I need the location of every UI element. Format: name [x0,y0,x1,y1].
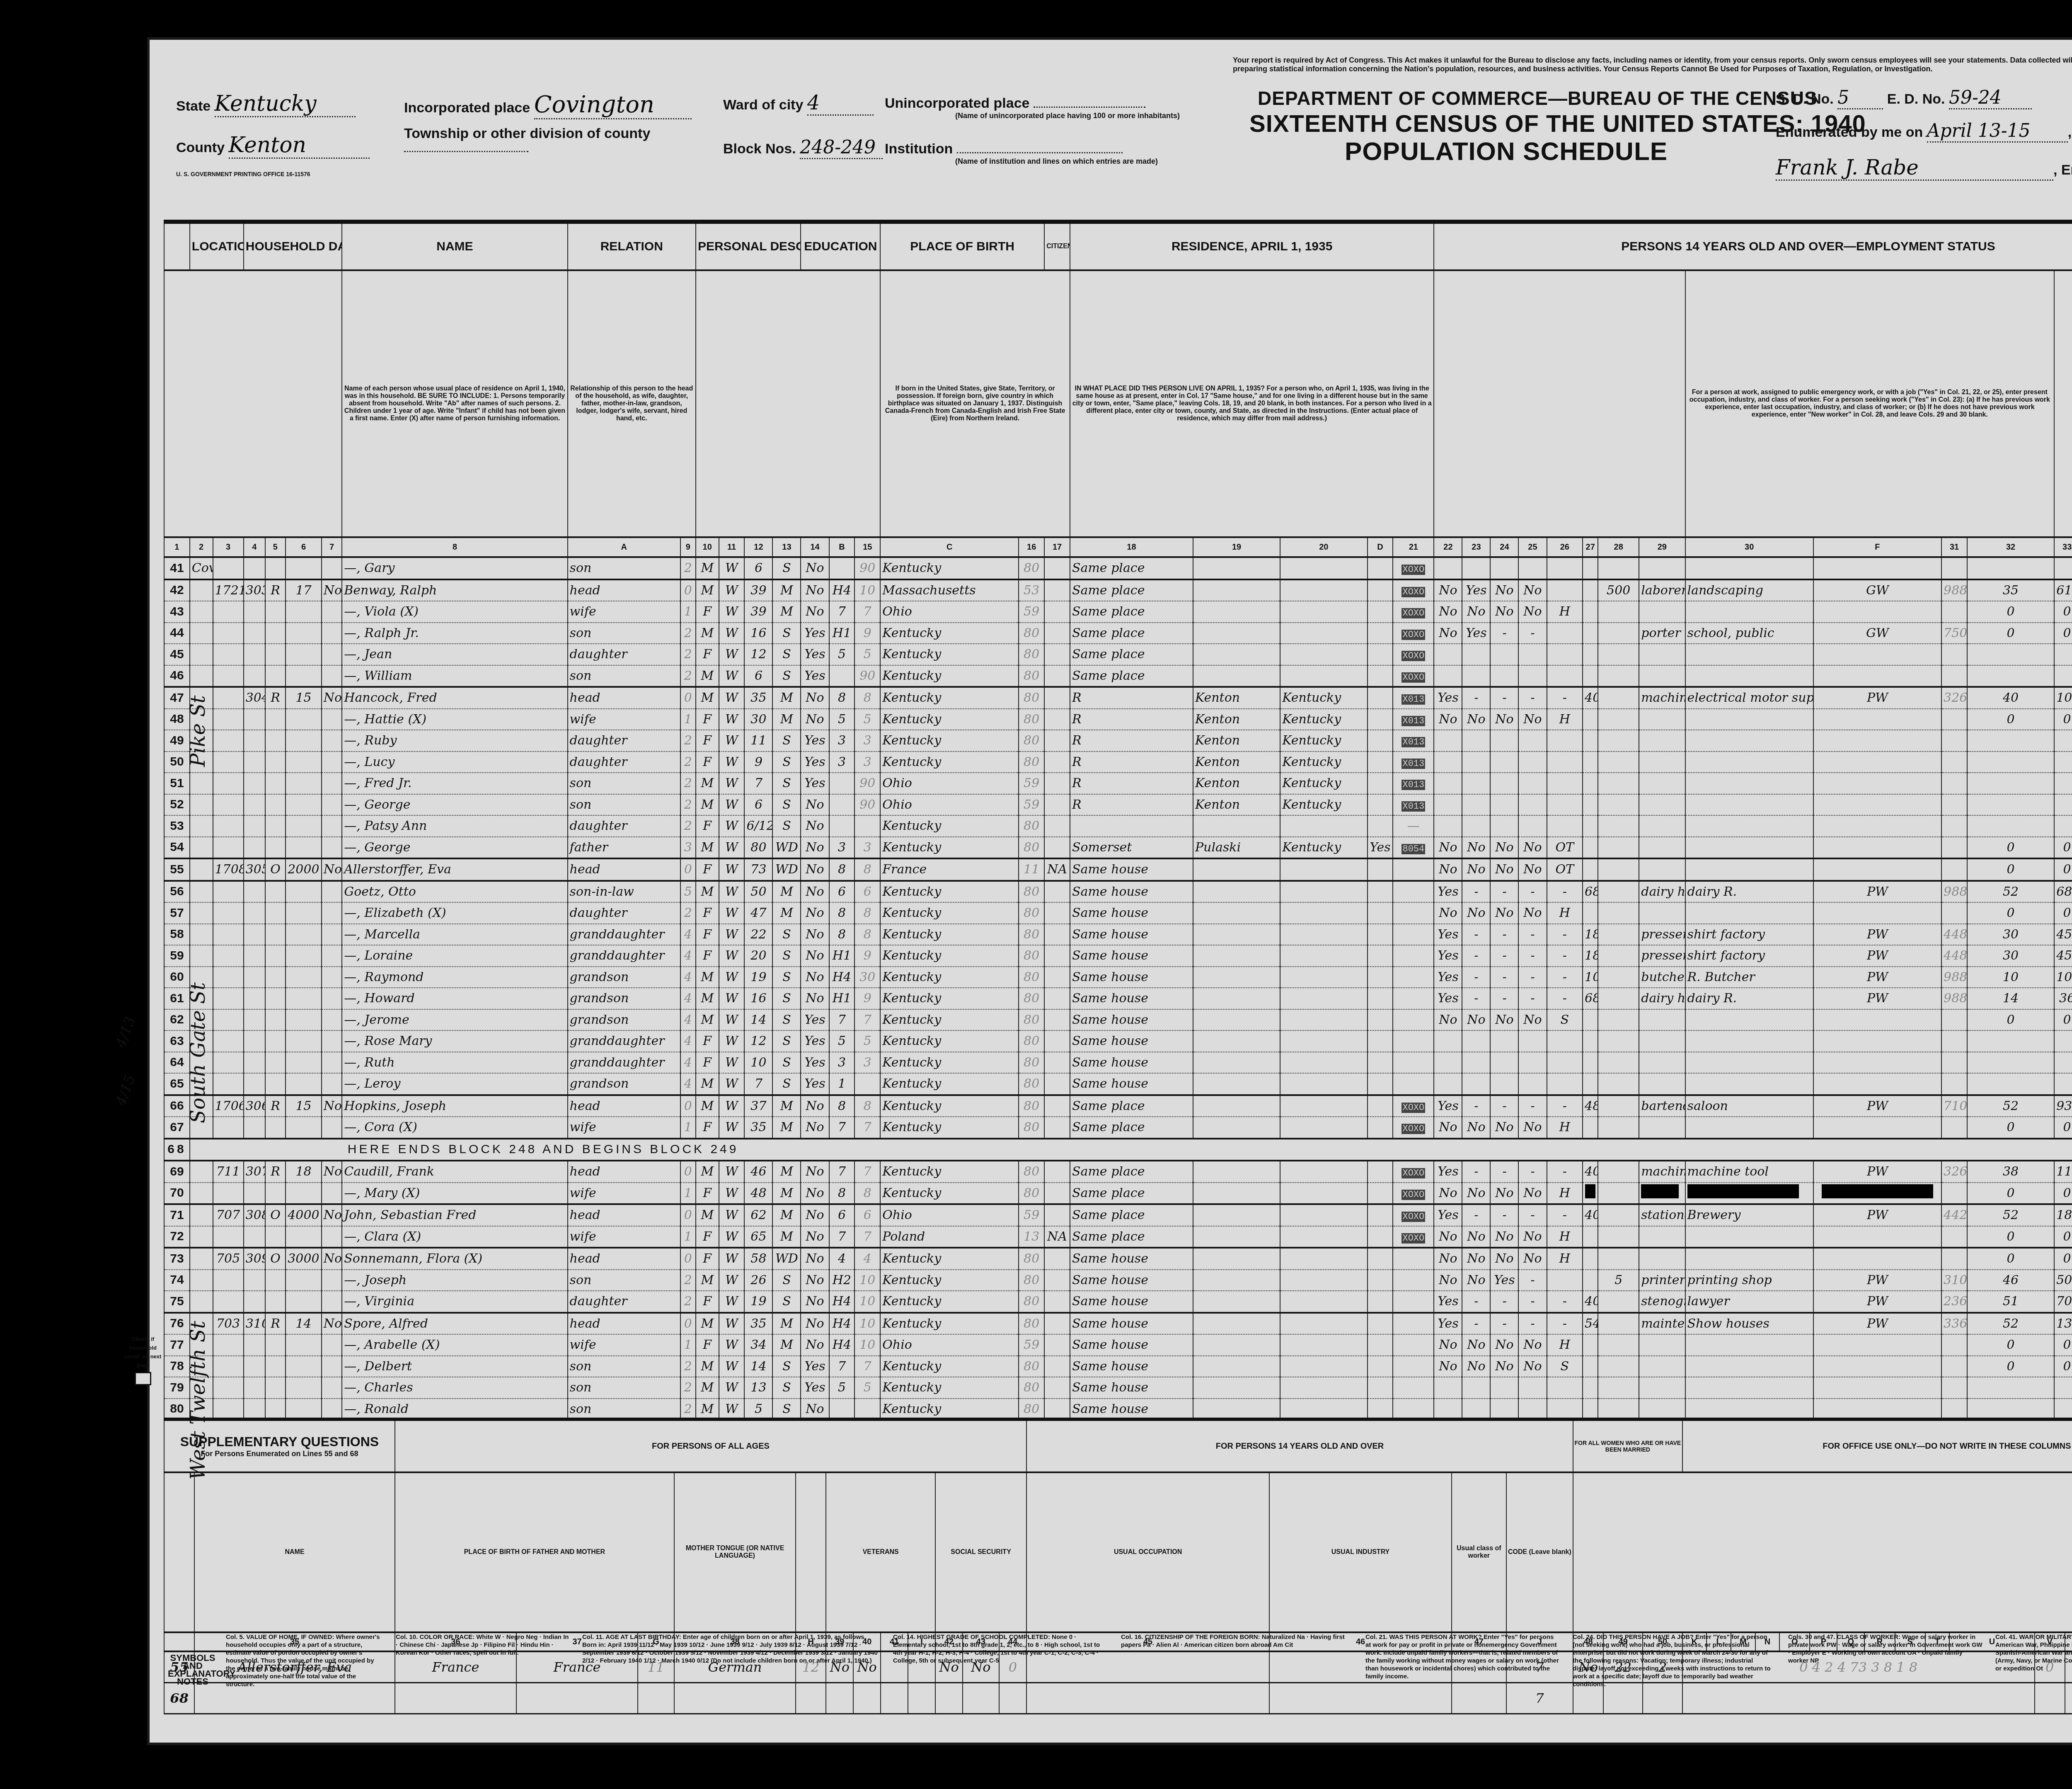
cell-farm [322,751,342,773]
cell-weeks: 0 [1967,1117,2054,1139]
cell-cit [1044,1030,1070,1052]
cell-c27 [1598,644,1639,665]
cell-age: 58 [744,1248,772,1270]
cell-wages [2054,557,2072,579]
column-number: 25 [1518,537,1547,557]
cell-c25 [1547,815,1583,837]
cell-d: XOXO [1393,579,1434,601]
cell-res-city: Same house [1070,1313,1193,1335]
cell-relation: grandson [568,1009,680,1031]
cell-own [265,751,286,773]
cell-c21 [1434,1073,1462,1095]
cell-industry [1685,601,1813,623]
state-label: State [176,98,211,114]
cell-res-county [1193,1334,1280,1356]
cell-weeks: 0 [1967,1248,2054,1270]
cell-hh: 304 [244,687,265,709]
cell-code [1941,858,1967,881]
column-number: 24 [1490,537,1518,557]
line-number: 77 [164,1334,190,1356]
cell-c24: - [1518,1291,1547,1313]
cell-age: 6 [744,794,772,816]
cell-c23: No [1490,1334,1518,1356]
table-body: 41Covington—, Garyson2MW6SNo90Kentucky80… [164,557,2072,1420]
cell-school: No [801,1334,829,1356]
cell-res-farm [1368,773,1393,794]
cell-a: 2 [680,730,696,751]
code-stamp: X013 [1402,694,1425,705]
cell-cit [1044,665,1070,687]
cell-hh: 307 [244,1161,265,1183]
cell-c21: No [1434,601,1462,623]
continued-checkbox[interactable] [135,1372,151,1385]
incorporated-place-label: Incorporated place [404,100,530,116]
cell-marital: S [772,1377,801,1399]
cell-farm [322,1334,342,1356]
cell-wages: 1300 [2054,1313,2072,1335]
cell-res-city: Same place [1070,1226,1193,1248]
table-row: 58—, Marcellagranddaughter4FW22SNo88Kent… [164,924,2072,945]
cell-relation: father [568,837,680,859]
cell-relation: daughter [568,644,680,665]
cell-sex: F [696,815,719,837]
cell-birthplace: Kentucky [880,881,1019,903]
cell-class: GW [1813,623,1941,644]
cell-sex: M [696,623,719,644]
cell-race: W [719,687,745,709]
cell-sex: M [696,988,719,1009]
cell-class: PW [1813,687,1941,709]
cell-sex: M [696,1204,719,1226]
line-number: 48 [164,709,190,730]
cell-a: 4 [680,945,696,967]
cell-a: 0 [680,1095,696,1117]
column-number: 29 [1639,537,1685,557]
cell-house [213,881,244,903]
cell-relation: son [568,665,680,687]
cell-house [213,751,244,773]
supp-name-header: NAME [194,1472,395,1632]
cell-age: 73 [744,858,772,881]
cell-value [286,881,322,903]
cell-age: 19 [744,967,772,988]
cell-c21: No [1434,1183,1462,1205]
cell-weeks [1967,1073,2054,1095]
cell-farm [322,1117,342,1139]
cell-hh [244,924,265,945]
cell-res-county [1193,988,1280,1009]
table-row: 76703310R14NoSpore, Alfredhead0MW35MNoH4… [164,1313,2072,1335]
cell-grade [829,557,855,579]
cell-c25: - [1547,945,1583,967]
cell-res-city: Same house [1070,1291,1193,1313]
cell-res-city: Same house [1070,1030,1193,1052]
cell-c: 80 [1019,665,1044,687]
cell-b: 7 [854,1161,880,1183]
cell-res-county: Kenton [1193,773,1280,794]
cell-c21 [1434,557,1462,579]
cell-c22: No [1462,858,1490,881]
cell-c25: H [1547,709,1583,730]
unincorporated-sub: (Name of unincorporated place having 100… [955,112,1180,120]
cell-birthplace: Kentucky [880,644,1019,665]
cell-own [265,623,286,644]
cell-c25 [1547,1052,1583,1074]
cell-a: 2 [680,665,696,687]
cell-res-state [1280,1183,1367,1205]
cell-relation: son [568,1356,680,1377]
cell-c25: - [1547,687,1583,709]
cell-c: 80 [1019,815,1044,837]
cell-name: —, Viola (X) [342,601,567,623]
cell-sex: M [696,1009,719,1031]
cell-occupation: butcher's helper [1639,967,1685,988]
cell-c23: - [1490,1161,1518,1183]
cell-name: —, Fred Jr. [342,773,567,794]
supp-all-ages: FOR PERSONS OF ALL AGES [395,1421,1026,1472]
cell-own [265,709,286,730]
cell-school: Yes [801,1073,829,1095]
cell-marital: M [772,1183,801,1205]
table-row: 49—, Rubydaughter2FW11SYes33Kentucky80RK… [164,730,2072,751]
cell-occupation [1639,1248,1685,1270]
cell-value [286,1356,322,1377]
cell-b: 5 [854,709,880,730]
cell-code: 710 711 [1941,1095,1967,1117]
employment-desc [1434,270,1685,537]
table-row: 80—, Ronaldson2MW5SNoKentucky80Same hous… [164,1399,2072,1421]
supp-line-header [164,1472,194,1632]
cell-res-state: Kentucky [1280,730,1367,751]
cell-relation: son [568,623,680,644]
cell-c: 80 [1019,1009,1044,1031]
cell-c21 [1434,1030,1462,1052]
cell-c21: No [1434,1226,1462,1248]
line-number: 54 [164,837,190,859]
table-row: 551708305O2000NoAllerstorffer, Evahead0F… [164,858,2072,881]
cell-c: 80 [1019,1161,1044,1183]
cell-school: No [801,1095,829,1117]
cell-c25: H [1547,601,1583,623]
cell-school: No [801,881,829,903]
cell-occupation [1639,1377,1685,1399]
column-number-row: 12345678A91011121314B15C1617181920D21222… [164,537,2072,557]
cell-farm [322,988,342,1009]
cell-cit [1044,1009,1070,1031]
cell-c25 [1547,579,1583,601]
cell-c27 [1598,1356,1639,1377]
cell-race: W [719,1204,745,1226]
cell-c27 [1598,730,1639,751]
cell-industry [1685,709,1813,730]
cell-marital: S [772,1073,801,1095]
cell-code: 442 X01 [1941,1204,1967,1226]
cell-a: 4 [680,967,696,988]
cell-race: W [719,1399,745,1421]
cell-name: Caudill, Frank [342,1161,567,1183]
cell-own: O [265,1248,286,1270]
cell-house [213,794,244,816]
cell-c25 [1547,1030,1583,1052]
cell-a: 2 [680,773,696,794]
cell-res-city: R [1070,709,1193,730]
cell-age: 80 [744,837,772,859]
cell-race: W [719,794,745,816]
cell-d [1393,1248,1434,1270]
cell-code [1941,1377,1967,1399]
cell-a: 0 [680,579,696,601]
cell-res-state [1280,665,1367,687]
cell-c25: - [1547,967,1583,988]
cell-c22: No [1462,837,1490,859]
line-number: 74 [164,1270,190,1291]
cell-c26 [1583,644,1598,665]
cell-res-state [1280,1356,1367,1377]
cell-d [1393,881,1434,903]
code-stamp: XOXO [1402,1168,1425,1178]
cell-grade [829,794,855,816]
cell-weeks: 0 [1967,1226,2054,1248]
line-number: 68 [164,1139,190,1161]
cell-class: PW [1813,1095,1941,1117]
cell-class: PW [1813,1204,1941,1226]
cell-c27 [1598,858,1639,881]
redaction-bar [1585,1184,1595,1198]
cell-occupation: printer [1639,1270,1685,1291]
cell-sex: M [696,579,719,601]
cell-c: 80 [1019,1399,1044,1421]
cell-value [286,902,322,924]
cell-class: PW [1813,967,1941,988]
cell-b: 9 [854,988,880,1009]
cell-value [286,709,322,730]
cell-d: 8054 [1393,837,1434,859]
cell-hh: 306 [244,1095,265,1117]
cell-d: — [1393,815,1434,837]
cell-c26 [1583,1270,1598,1291]
cell-c27 [1598,709,1639,730]
cell-code: 448 061 [1941,945,1967,967]
cell-b: 5 [854,1030,880,1052]
cell-birthplace: Kentucky [880,557,1019,579]
line-number: 70 [164,1183,190,1205]
cell-grade: 5 [829,644,855,665]
cell-c26: 18 [1583,945,1598,967]
cell-name: Benway, Ralph [342,579,567,601]
column-number: C [880,537,1019,557]
cell-grade: 7 [829,601,855,623]
cell-b: 5 [854,1377,880,1399]
code-stamp: XOXO [1402,1103,1425,1113]
cell-c22 [1462,557,1490,579]
margin-date-left-2: 4/15 [112,1072,139,1108]
cell-age: 19 [744,1291,772,1313]
cell-c21 [1434,751,1462,773]
cell-res-farm [1368,1334,1393,1356]
cell-own [265,773,286,794]
cell-b: 8 [854,687,880,709]
cell-industry [1685,1356,1813,1377]
cell-school: No [801,1117,829,1139]
cell-c25: OT [1547,837,1583,859]
cell-industry [1685,794,1813,816]
cell-own [265,1009,286,1031]
table-row: 421721303R17NoBenway, Ralphhead0MW39MNoH… [164,579,2072,601]
cell-res-state [1280,1204,1367,1226]
cell-b: 10 [854,1334,880,1356]
cell-own [265,601,286,623]
table-row: 50—, Lucydaughter2FW9SYes33Kentucky80RKe… [164,751,2072,773]
cell-c21 [1434,1399,1462,1421]
cell-industry: lawyer [1685,1291,1813,1313]
cell-birthplace: Ohio [880,601,1019,623]
cell-name: —, Joseph [342,1270,567,1291]
supp-persons-14: FOR PERSONS 14 YEARS OLD AND OVER [1026,1421,1573,1472]
cell-res-city: Same house [1070,988,1193,1009]
cell-name: —, Mary (X) [342,1183,567,1205]
cell-res-farm [1368,1313,1393,1335]
cell-c26 [1583,1030,1598,1052]
cell-b: 3 [854,837,880,859]
cell-c: 80 [1019,1377,1044,1399]
cell-wages [2054,794,2072,816]
cell-c21: No [1434,837,1462,859]
cell-industry: dairy R. [1685,881,1813,903]
cell-birthplace: Kentucky [880,1377,1019,1399]
cell-c25 [1547,751,1583,773]
incorporated-place-value: Covington [534,91,692,119]
cell-d: XOXO [1393,1226,1434,1248]
cell-res-county: Kenton [1193,730,1280,751]
cell-marital: WD [772,858,801,881]
cell-c25 [1547,1399,1583,1421]
cell-c21 [1434,1052,1462,1074]
cell-industry [1685,751,1813,773]
cell-c23 [1490,665,1518,687]
education-group: EDUCATION [801,224,880,270]
street-name-upper: Pike St [186,477,210,767]
cell-b [854,815,880,837]
cell-c: 11 [1019,858,1044,881]
cell-house [213,815,244,837]
cell-c24: - [1518,1270,1547,1291]
cell-a: 2 [680,1291,696,1313]
cell-value: 14 [286,1313,322,1335]
cell-res-county: Kenton [1193,751,1280,773]
cell-sex: F [696,858,719,881]
cell-grade: 1 [829,1073,855,1095]
cell-code [1941,815,1967,837]
cell-c23: - [1490,945,1518,967]
cell-wages: 500 [2054,1270,2072,1291]
cell-d [1393,1334,1434,1356]
cell-c21: No [1434,623,1462,644]
cell-wages [2054,1052,2072,1074]
cell-a: 2 [680,902,696,924]
cell-relation: son [568,1399,680,1421]
cell-hh [244,1334,265,1356]
cell-name: —, Marcella [342,924,567,945]
cell-res-farm [1368,665,1393,687]
cell-birthplace: Kentucky [880,709,1019,730]
cell-c: 13 [1019,1226,1044,1248]
table-row: 62—, Jeromegrandson4MW14SYes77Kentucky80… [164,1009,2072,1031]
cell-age: 7 [744,773,772,794]
cell-sex: M [696,1356,719,1377]
cell-b: 8 [854,858,880,881]
cell-school: Yes [801,1377,829,1399]
cell-b: 7 [854,601,880,623]
cell-res-farm [1368,1161,1393,1183]
cell-class [1813,1334,1941,1356]
note-col5: Col. 5. VALUE OF HOME, IF OWNED: Where o… [226,1633,383,1688]
cell-c23 [1490,773,1518,794]
cell-code [1941,902,1967,924]
cell-c22: - [1462,1291,1490,1313]
column-number: 14 [801,537,829,557]
cell-code [1941,1183,1967,1205]
column-number: 27 [1583,537,1598,557]
cell-house [213,1291,244,1313]
cell-c22: - [1462,1313,1490,1335]
cell-hh [244,644,265,665]
cell-own [265,665,286,687]
cell-race: W [719,1356,745,1377]
cell-house [213,644,244,665]
cell-weeks: 30 [1967,924,2054,945]
cell-res-county [1193,815,1280,837]
cell-grade: 6 [829,1204,855,1226]
cell-hh [244,902,265,924]
cell-house [213,1334,244,1356]
cell-value [286,1399,322,1421]
cell-cit [1044,924,1070,945]
cell-school: No [801,924,829,945]
cell-d [1393,1052,1434,1074]
cell-name: —, Ruby [342,730,567,751]
cell-race: W [719,945,745,967]
cell-school: No [801,557,829,579]
cell-c22: No [1462,709,1490,730]
cell-weeks: 0 [1967,1334,2054,1356]
code-stamp: X013 [1402,737,1425,747]
cell-class: PW [1813,1313,1941,1335]
cell-birthplace: Poland [880,1226,1019,1248]
table-row: 74—, Josephson2MW26SNoH210Kentucky80Same… [164,1270,2072,1291]
table-row: 61—, Howardgrandson4MW16SNoH19Kentucky80… [164,988,2072,1009]
cell-name: —, Lucy [342,751,567,773]
table-row: 65—, Leroygrandson4MW7SYes1Kentucky80Sam… [164,1073,2072,1095]
cell-c22 [1462,773,1490,794]
cell-d [1393,902,1434,924]
cell-marital: M [772,1204,801,1226]
sd-label: S. D. No. [1776,91,1834,107]
cell-race: W [719,557,745,579]
cell-relation: head [568,1248,680,1270]
cell-c22: - [1462,945,1490,967]
cell-c24 [1518,815,1547,837]
cell-age: 20 [744,945,772,967]
cell-birthplace: France [880,858,1019,881]
cell-sex: M [696,687,719,709]
cell-race: W [719,837,745,859]
cell-a: 2 [680,751,696,773]
cell-industry: landscaping [1685,579,1813,601]
cell-c25: - [1547,1204,1583,1226]
cell-c24 [1518,1052,1547,1074]
cell-relation: head [568,687,680,709]
cell-sex: F [696,945,719,967]
